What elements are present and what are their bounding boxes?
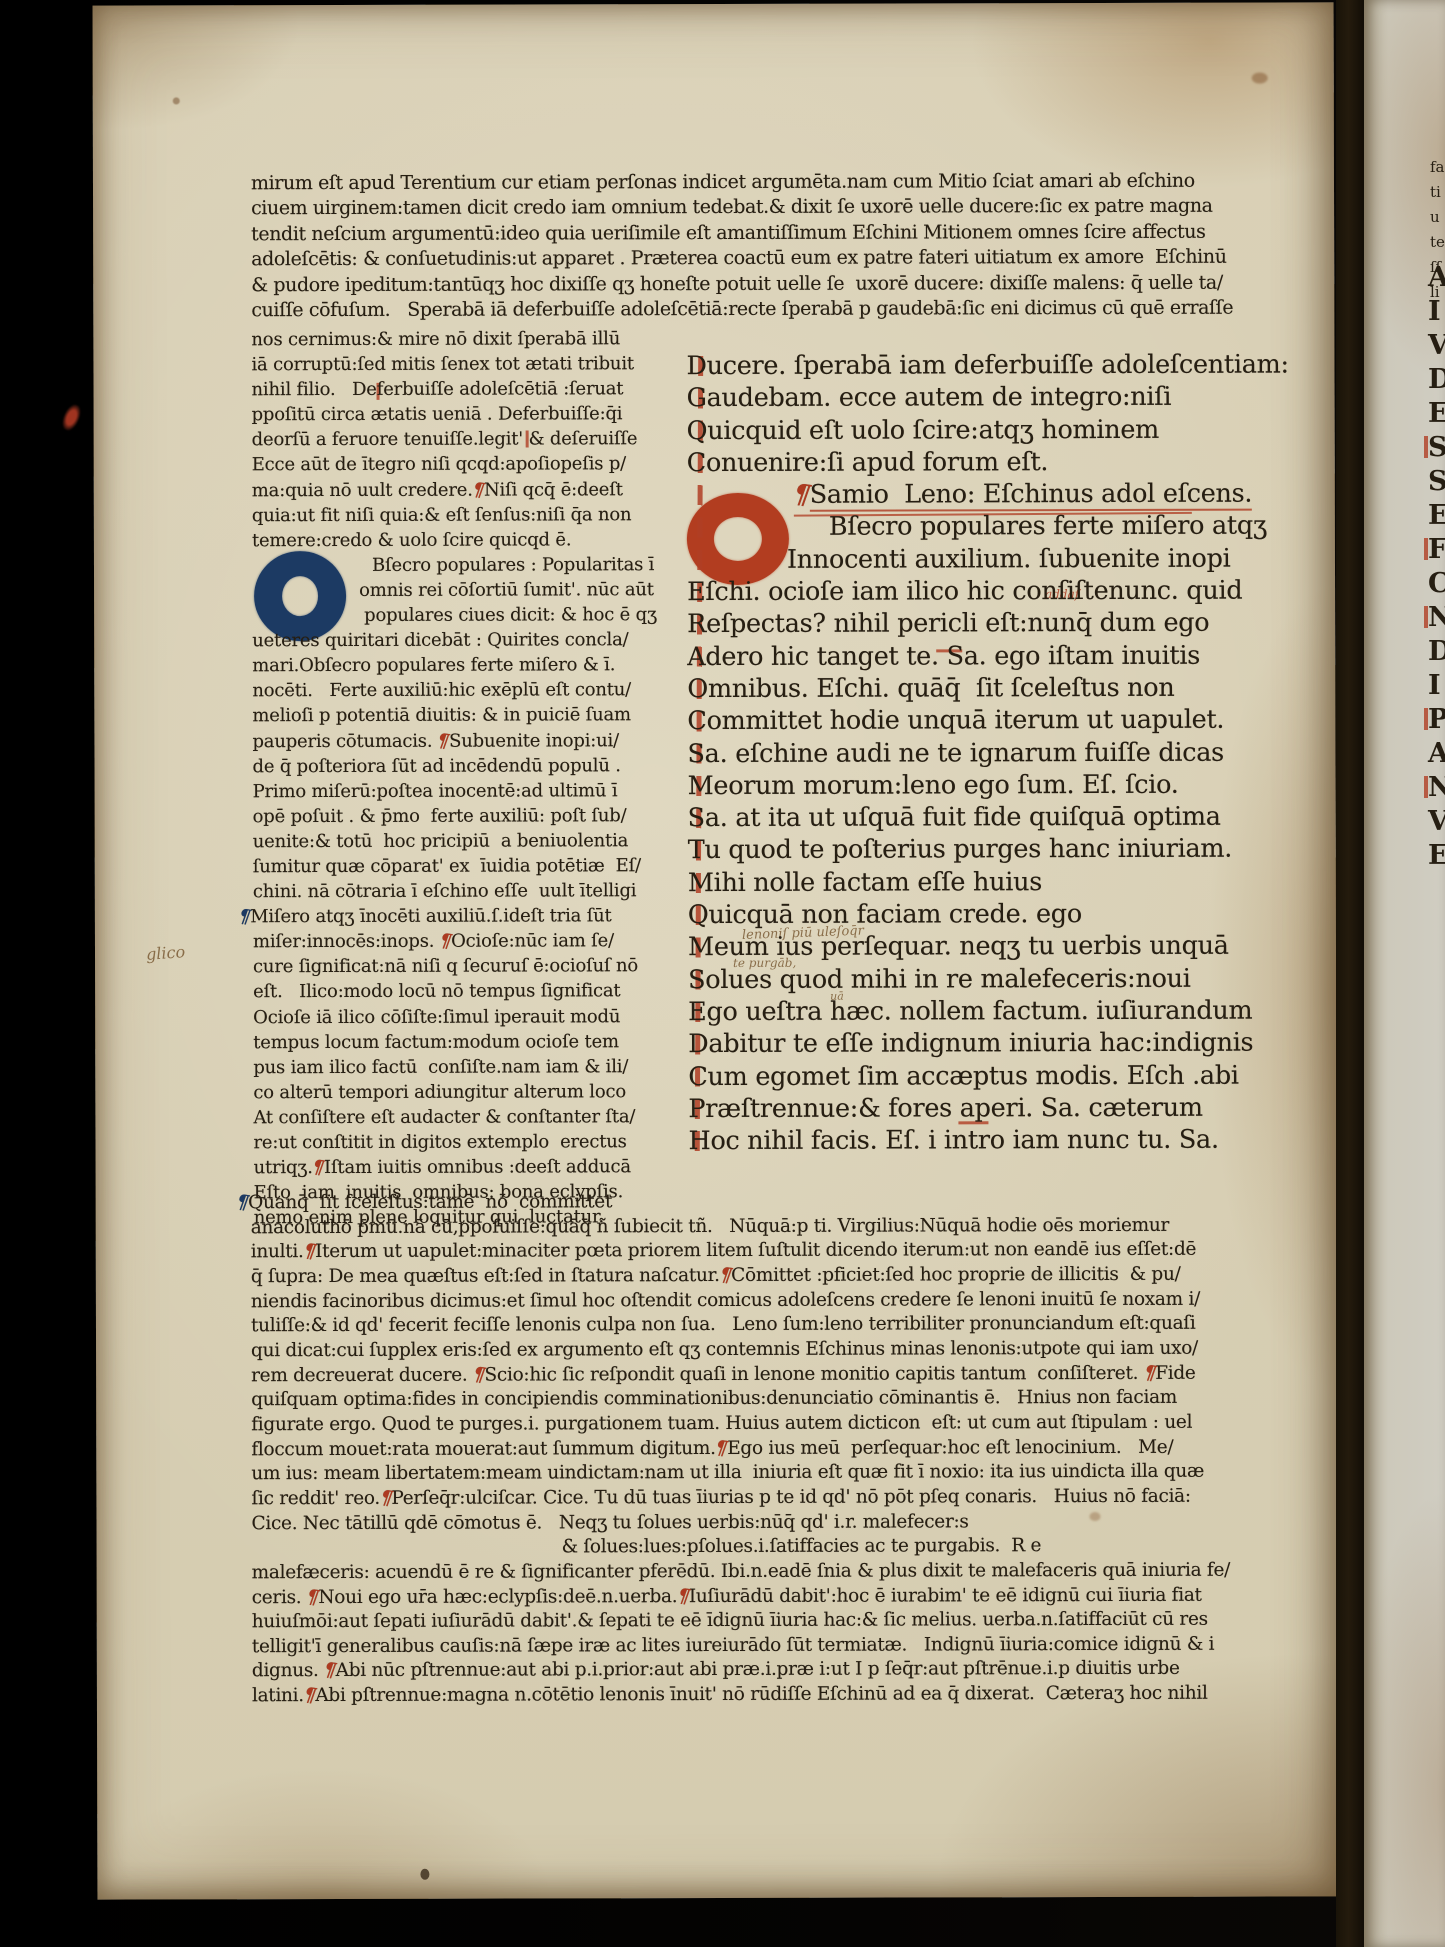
text-line: melioſi p potentiā diuitis: & in puiciē …	[252, 703, 662, 729]
text-line: pus iam ilico factū conſiſte.nam iam & i…	[253, 1054, 663, 1080]
text-line: Meum ius perſequar. neqʒ tu uerbis unquā	[688, 930, 1198, 964]
text-line: ciuem uirginem:tamen dicit credo iam omn…	[251, 194, 1191, 222]
text-line: inulti.¶Iterum ut uapulet:minaciter pœta…	[251, 1238, 1196, 1265]
text-line: Cice. Nec tātillū qdē cōmotus ē. Neqʒ tu…	[251, 1509, 1196, 1536]
scanned-book-spread: { "colors":{ "ink":"#261e12", "rubric":"…	[0, 0, 1445, 1947]
facing-page-capital: D	[1428, 636, 1445, 667]
text-line: & ſolues:lues:pſolues.i.ſatiffacies ac t…	[562, 1534, 1197, 1560]
red-margin-blot	[59, 402, 84, 433]
facing-page-text-fragment: u	[1430, 208, 1440, 226]
bottom-commentary: ¶Quanq̄ ſit ſceleſtus:tamē nō committeta…	[251, 1189, 1197, 1709]
text-line: Conuenire:ſi apud forum eſt.	[687, 446, 1197, 480]
text-line: Omnibus. Eſchi. quāq̄ ſit ſceleſtus non	[687, 672, 1197, 706]
text-line: Sa. at ita ut uſquā fuit fide quiſquā op…	[688, 801, 1198, 835]
text-line: Committet hodie unquā iterum ut uapulet.	[687, 704, 1197, 738]
top-commentary: mirum eſt apud Terentium cur etiam perſo…	[251, 169, 1191, 324]
text-line: q̄ ſupra: De mea quæſtus eſt:ſed in ſtat…	[251, 1263, 1196, 1290]
text-line: qui dicat:cui ſupplex eris:ſed ex argume…	[251, 1337, 1196, 1364]
text-line: latini.¶Abi pſtrennue:magna n.cōtētio le…	[252, 1682, 1197, 1709]
facing-page-capital: A	[1428, 738, 1445, 769]
text-line: deorſū a feruore tenuiſſe.legit' & deſer…	[252, 427, 662, 453]
text-line: populares ciues dicit: & hoc ē qʒ	[364, 602, 662, 628]
facing-page-capital: P	[1428, 704, 1445, 735]
text-line: eſt. Ilico:modo locū nō tempus ſignifica…	[253, 979, 663, 1005]
text-line: miſer:innocēs:inops. ¶Ocioſe:nūc iam ſe/	[253, 928, 663, 954]
text-line: Ego ueſtra hæc. nollem factum. iuſiurand…	[688, 995, 1198, 1029]
text-line: rem decreuerat ducere. ¶Scio:hic ſic reſ…	[251, 1361, 1196, 1388]
text-line: Adero hic tanget te. Sa. ego iſtam inuit…	[687, 639, 1197, 673]
facing-page-rubric-stroke	[1424, 436, 1428, 458]
text-line: ma:quia nō uult credere.¶Niſi qcq̄ ē:dee…	[252, 477, 662, 503]
text-line: mari.Obſecro populares ferte miſero & ī.	[252, 652, 662, 678]
text-line: Quicquā non faciam crede. ego	[688, 898, 1198, 932]
facing-page-capital: D	[1428, 364, 1445, 395]
text-line: & pudore ipeditum:tantūqʒ hoc dixiſſe qʒ…	[251, 270, 1191, 298]
text-line: ¶Quanq̄ ſit ſceleſtus:tamē nō committet	[237, 1189, 1196, 1216]
text-line: nihil filio. Deferbuiſſe adoleſcētiā :ſe…	[251, 376, 661, 402]
text-line: iā corruptū:ſed mitis ſenex tot ætati tr…	[251, 351, 661, 377]
text-line: opē poſuit . & p̄mo ferte auxiliū: poſt …	[253, 803, 663, 829]
text-line: pauperis cōtumacis. ¶Subuenite inopi:ui/	[252, 728, 662, 754]
facing-page-capital: A	[1428, 262, 1445, 293]
facing-page-capital: C	[1428, 568, 1445, 599]
facing-page-capital: S	[1428, 466, 1445, 497]
text-line: de q̄ poſteriora ſūt ad incēdendū populū…	[252, 753, 662, 779]
text-line: quiſquam optima:fides in concipiendis co…	[251, 1386, 1196, 1413]
text-line: um ius: meam libertatem:meam uindictam:n…	[251, 1460, 1196, 1487]
text-line: Innocenti auxilium. ſubuenite inopi	[787, 543, 1197, 576]
facing-page-capital: V	[1428, 806, 1445, 837]
text-line: Dabitur te eſſe indignum iniuria hac:ind…	[688, 1027, 1198, 1061]
text-line: dignus. ¶Abi nūc pſtrennue:aut abi p.i.p…	[252, 1657, 1197, 1684]
text-line: Meorum morum:leno ego ſum. Eſ. ſcio.	[688, 769, 1198, 803]
facing-page-capital: I	[1428, 296, 1441, 327]
facing-page-text-fragment: ti	[1430, 183, 1441, 201]
facing-page-rubric-stroke	[1424, 606, 1428, 628]
facing-page-capital: F	[1428, 534, 1445, 565]
text-line: nocēti. Ferte auxiliū:hic exēplū eſt con…	[252, 677, 662, 703]
facing-page-capital: V	[1428, 330, 1445, 361]
facing-page-capital: E	[1428, 500, 1445, 531]
text-line: ueteres quiritari dicebāt : Quirites con…	[252, 627, 662, 653]
facing-page-text-fragment: te	[1430, 233, 1445, 251]
text-line: chini. nā cōtraria ī eſchino eſſe uult ī…	[253, 878, 663, 904]
text-line: ppoſitū circa ætatis ueniā . Deferbuiſſe…	[252, 401, 662, 427]
text-line: co alterū tempori adiungitur alterum loc…	[253, 1079, 663, 1105]
text-line: uenite:& totū hoc pricipiū a beniuolenti…	[253, 828, 663, 854]
facing-page-sliver: fatiuteſſliAIVDESSEFCNDIPANVE	[1364, 0, 1445, 1947]
text-line: Solues quod mihi in re malefeceris:noui	[688, 962, 1198, 996]
facing-page-text-fragment: fa	[1430, 158, 1445, 176]
text-line: At conſiſtere eſt audacter & conſtanter …	[253, 1104, 663, 1130]
text-line: Ecce aūt de ītegro niſi qcqd:apoſiopeſis…	[252, 452, 662, 478]
facing-page-capital: N	[1428, 602, 1445, 633]
text-line: utriqʒ.¶Iſtam iuitis omnibus :deeſt addu…	[254, 1154, 664, 1180]
main-page: glico lenoniſ piū uleſoq̄r te purgāb, uā…	[93, 2, 1339, 1899]
text-line: quia:ut fit niſi quia:& eſt ſenſus:niſi …	[252, 502, 662, 528]
facing-page-capital: E	[1428, 840, 1445, 871]
text-line: telligit'ī generalibus cauſis:nā ſæpe ir…	[252, 1633, 1197, 1660]
text-line: tendit neſcium argumentū:ideo quia ueriſ…	[251, 220, 1191, 248]
text-line: ceris. ¶Noui ego ur̄a hæc:eclypſis:deē.n…	[252, 1583, 1197, 1610]
text-line: Ocioſe iā ilico cōſiſte:ſimul iperauit m…	[253, 1004, 663, 1030]
text-line: Quicquid eſt uolo ſcire:atqʒ hominem	[687, 413, 1197, 447]
facing-page-rubric-stroke	[1424, 538, 1428, 560]
margin-note-handwritten: glico	[145, 942, 185, 964]
text-line: Tu quod te poſterius purges hanc iniuria…	[688, 833, 1198, 867]
facing-page-capital: E	[1428, 398, 1445, 429]
facing-page-capital: I	[1428, 670, 1441, 701]
text-line: Primo miſerū:poſtea inocentē:ad ultimū ī	[253, 778, 663, 804]
text-line: Ducere. ſperabā iam deferbuiſſe adoleſce…	[686, 349, 1196, 383]
text-line: Præſtrennue:& fores aperi. Sa. cæterum	[688, 1092, 1198, 1126]
text-line: ſic reddit' reo.¶Perſeq̄r:ulciſcar. Cice…	[251, 1485, 1196, 1512]
text-line: ¶Miſero atqʒ īnocēti auxiliū.ſ.ideſt tri…	[239, 903, 663, 929]
facing-page-capital: N	[1428, 772, 1445, 803]
text-line: omnis rei cōſortiū ſumit'. nūc aūt	[359, 577, 662, 603]
text-line: Bſecro populares ferte miſero atqʒ	[829, 510, 1197, 543]
text-line: tempus locum factum:modum ocioſe tem	[253, 1029, 663, 1055]
text-line: mirum eſt apud Terentium cur etiam perſo…	[251, 169, 1191, 197]
text-line: Sa. eſchine audi ne te ignarum fuiſſe di…	[687, 736, 1197, 770]
text-line: niendis facinoribus dicimus:et ſimul hoc…	[251, 1287, 1196, 1314]
text-line: cuiſſe cōfuſum. Sperabā iā deferbuiſſe a…	[251, 296, 1191, 324]
text-line: cure ſignificat:nā niſi q ſecuruſ ē:ocio…	[253, 953, 663, 979]
text-line: Eſchi. ocioſe iam ilico hic conſiſtenunc…	[687, 575, 1197, 609]
text-line: figurate ergo. Quod te purges.i. purgati…	[251, 1411, 1196, 1438]
text-line: Bſecro populares : Popularitas ī	[372, 552, 662, 578]
text-line: adoleſcētis: & conſuetudinis:ut apparet …	[251, 245, 1191, 273]
text-line: re:ut conſtitit in digitos extemplo erec…	[253, 1129, 663, 1155]
right-playtext: Ducere. ſperabā iam deferbuiſſe adoleſce…	[686, 349, 1198, 1158]
text-line: malefæceris: acuendū ē re & ſignificante…	[252, 1559, 1197, 1586]
stain-spot	[173, 97, 180, 104]
text-line: ¶Samio Leno: Eſchinus adol eſcens.	[794, 478, 1197, 511]
text-line: temere:credo & uolo ſcire quicqd ē.	[252, 527, 662, 553]
text-line: anacoluthō p̄mū.nā cū,ppoſuiſſe:quāq̄ ñ …	[251, 1213, 1196, 1240]
binding-gutter	[1336, 0, 1364, 1947]
stain-spot	[1252, 73, 1268, 84]
facing-page-capital: S	[1428, 432, 1445, 463]
text-line: Reſpectas? nihil pericli eſt:nunq̄ dum e…	[687, 607, 1197, 641]
text-line: ſumitur quæ cōparat' ex īuidia potētiæ E…	[253, 853, 663, 879]
text-line: huiuſmōi:aut ſepati iuſiurādū dabit'.& ſ…	[252, 1608, 1197, 1635]
facing-page-rubric-stroke	[1424, 776, 1428, 798]
text-line: floccum mouet:rata mouerat:aut ſummum di…	[251, 1435, 1196, 1462]
ink-spot	[420, 1869, 429, 1880]
text-line: Gaudebam. ecce autem de integro:niſi	[687, 381, 1197, 415]
text-line: Hoc nihil facis. Eſ. i intro iam nunc tu…	[688, 1124, 1198, 1158]
facing-page-rubric-stroke	[1424, 708, 1428, 730]
text-line: Mihi nolle factam eſſe huius	[688, 865, 1198, 899]
text-line: nos cernimus:& mire nō dixit ſperabā ill…	[251, 326, 661, 352]
left-commentary: nos cernimus:& mire nō dixit ſperabā ill…	[251, 326, 663, 1230]
text-line: tuliſſe:& id qd' fecerit feciſſe lenonis…	[251, 1312, 1196, 1339]
text-line: Cum egomet ſim accæptus modis. Eſch .abi	[688, 1059, 1198, 1093]
